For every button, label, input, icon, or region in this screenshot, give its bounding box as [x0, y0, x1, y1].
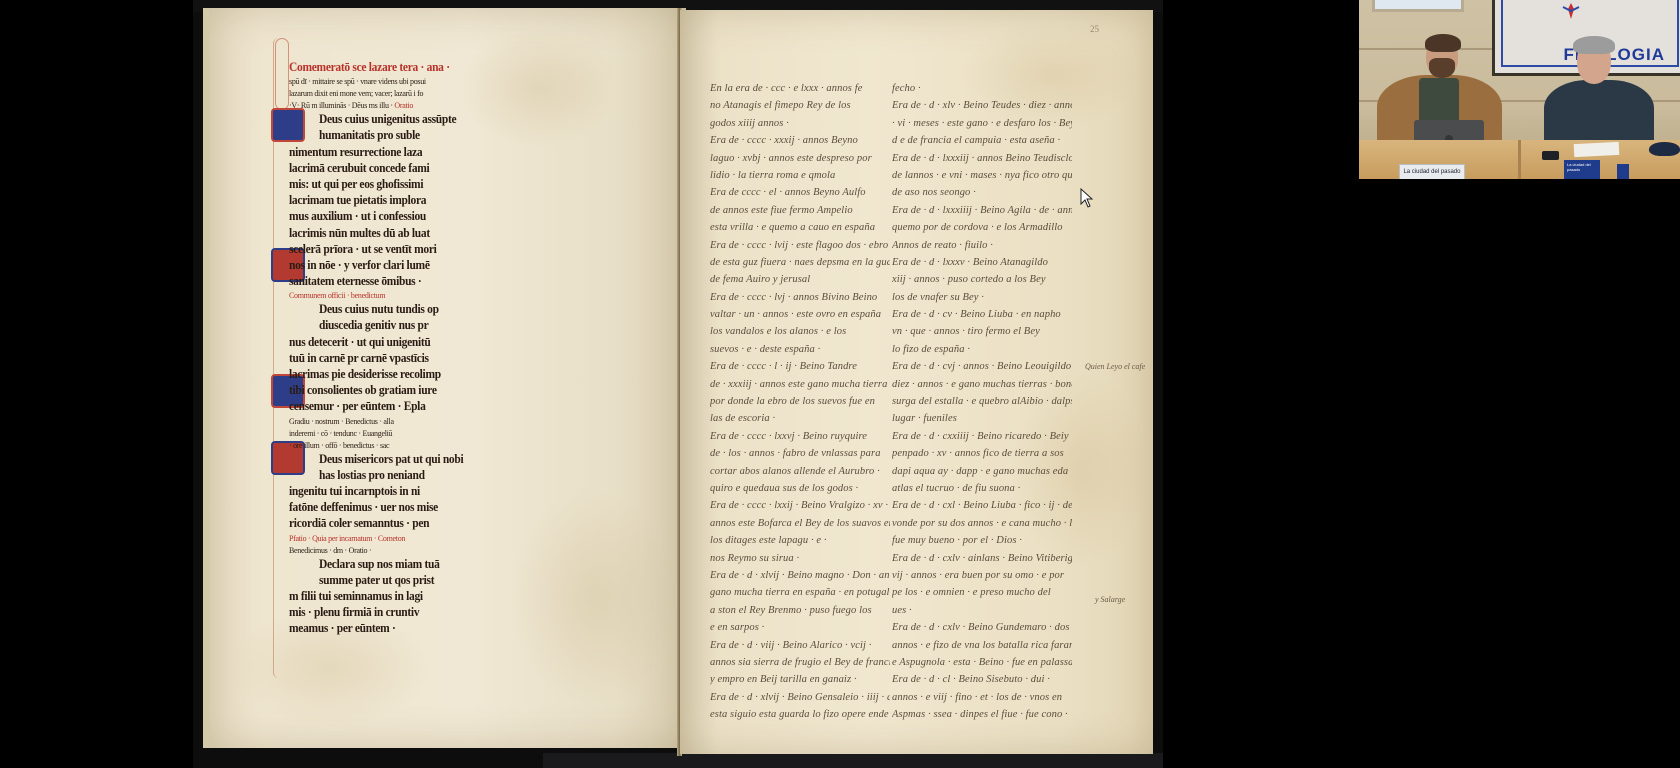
program-booklet: La ciudad del pasado — [1564, 160, 1600, 179]
text-line: Era de · d · xlv · Beino Teudes · diez ·… — [892, 97, 1072, 114]
text-line: lacrimam tue pietatis implora — [289, 193, 464, 210]
text-line: nimentum resurrectione laza — [289, 144, 464, 161]
text-line: Era de · d · lxxxiiij · Beino Agila · de… — [892, 202, 1072, 219]
text-line: Deus misericors pat ut qui nobi — [289, 451, 464, 468]
manuscript-viewer[interactable]: Comemeratō sce lazare tera · ana · spū d… — [193, 0, 1163, 768]
faculty-logo-icon — [1559, 1, 1583, 21]
text-line: surga del estalla · e quebro alAibio · d… — [892, 393, 1072, 410]
chronicle-column-a: En la era de · ccc · e lxxx · annos fe n… — [710, 80, 890, 723]
text-line: nus detecerit · ut qui unigenitū — [289, 334, 464, 351]
text-line: penpado · xv · annos fico de tierra a so… — [892, 445, 1072, 462]
text-line: valtar · un · annos · este ovro en españ… — [710, 306, 890, 323]
text-line: lo fizo de españa · — [892, 341, 1072, 358]
rubric-heading: Comemeratō sce lazare tera · ana · — [289, 62, 450, 75]
text-line: annos · e viij · fino · et · los de · vn… — [892, 689, 1072, 706]
text-line: Era de · cccc · lxxij · Beino Vralgizo ·… — [710, 497, 890, 514]
program-booklet — [1617, 164, 1629, 179]
text-line: En la era de · ccc · e lxxx · annos fe — [710, 80, 890, 97]
text-line: no Atanagis el fimepo Rey de los — [710, 97, 890, 114]
text-line: lacrimis nūn multes dū ab luat — [289, 225, 464, 242]
text-line: has lostias pro neniand — [289, 467, 464, 484]
text-line: de fema Auiro y jerusal — [710, 271, 890, 288]
text-line: Era de · cccc · lvij · este flagoo dos ·… — [710, 237, 890, 254]
text-line: godos xiiij annos · — [710, 115, 890, 132]
text-line: dapi aqua ay · dapp · e gano muchas eda — [892, 463, 1072, 480]
text-line: sanitatem eternesse ōmibus · — [289, 274, 464, 291]
text-line: Benedicimus · dm · Oratio · — [289, 544, 464, 557]
text-line: · ore illum · offō · benedictus · sac — [289, 439, 464, 452]
computer-mouse — [1649, 142, 1680, 156]
text-line: pe los · e omnien · e preso mucho del — [892, 584, 1072, 601]
text-line: fue muy bueno · por el · Dios · — [892, 532, 1072, 549]
text-line: quemo por de cordova · e los Armadillo — [892, 219, 1072, 236]
text-line: por donde la ebro de los suevos fue en — [710, 393, 890, 410]
rubric-heading: Pfatio · Quia per incarnatum · Cometon — [289, 533, 405, 542]
text-line: atlas el tucruo · de fiu suona · — [892, 480, 1072, 497]
text-line: lacrimas pie desiderisse recolimp — [289, 367, 464, 384]
text-line: esta siguio esta guarda lo fizo opere en… — [710, 706, 890, 723]
stain — [459, 28, 619, 148]
text-line: mis · plenu firmiā in cruntiv — [289, 605, 464, 622]
stain — [509, 488, 679, 708]
text-line: Annos de reato · fiuilo · — [892, 237, 1072, 254]
text-line: Era de · d · viij · Beino Alarico · vcij… — [710, 637, 890, 654]
text-line: Deus cuius unigenitus assūpte — [289, 112, 464, 129]
text-line: Era de · d · lxxxiij · annos Beino Teudi… — [892, 150, 1072, 167]
text-line: tuū in carnē pr carnē vpastīcis — [289, 350, 464, 367]
text-line: m filii tui seminnamus in lagi — [289, 588, 464, 605]
text-line: tibi consolientes ob gratiam iure — [289, 383, 464, 400]
text-line: Deus cuius nutu tundis op — [289, 302, 464, 319]
papers — [1574, 142, 1620, 157]
rubric-heading: Communem officii · benedictum — [289, 291, 385, 300]
desk-seam — [1518, 140, 1521, 179]
text-line: las de escoria · — [710, 410, 890, 427]
text-line: esta vrilla · e quemo a cauo en españa — [710, 219, 890, 236]
text-line: lazarum dixit eni mone vem; vacer; lazar… — [289, 88, 464, 101]
text-line: los vandalos e los alanos · e los — [710, 323, 890, 340]
text-line: e Aspugnola · esta · Beino · fue en pala… — [892, 654, 1072, 671]
screen: Comemeratō sce lazare tera · ana · spū d… — [0, 0, 1680, 768]
text-line: Era de · cccc · l · ij · Beino Tandre — [710, 358, 890, 375]
text-line: y empro en Beij tarilla en ganaiz · — [710, 671, 890, 688]
text-line: censemur · per eūntem · Epla — [289, 399, 464, 416]
text-line: ricordiā coler semanntus · pen — [289, 516, 464, 533]
text-line: ingenitu tui incarnptois in ni — [289, 484, 464, 501]
text-line: scelerā prīora · ut se ventīt mori — [289, 241, 464, 258]
chronicle-column-b: fecho · Era de · d · xlv · Beino Teudes … — [892, 80, 1072, 723]
text-line: Gradiu · nostrum · Benedictus · alla — [289, 415, 464, 428]
wall-monitor — [1372, 0, 1464, 12]
text-line: Era de · d · cxl · Beino Liuba · fico · … — [892, 497, 1072, 514]
text-line: annos este Bofarca el Bey de los suavos … — [710, 515, 890, 532]
text-line: los de vnafer su Bey · — [892, 289, 1072, 306]
text-line: · vi · meses · este gano · e desfaro los… — [892, 115, 1072, 132]
text-line: summe pater ut qos prist — [289, 572, 464, 589]
text-line: laguo · xvbj · annos este despreso por — [710, 150, 890, 167]
text-line: quiro e quedaua sus de los godos · — [710, 480, 890, 497]
text-line: diuscedia genitiv nus pr — [289, 318, 464, 335]
text-line: Era de · d · lxxxv · Beino Atanagildo — [892, 254, 1072, 271]
text-line: de · los · annos · fabro de vnlassas par… — [710, 445, 890, 462]
text-line: Era de · d · cv · Beino Liuba · en napho — [892, 306, 1072, 323]
rubric-word: Oratio — [394, 101, 413, 110]
text-line: vonde por su dos annos · e cana mucho · … — [892, 515, 1072, 532]
mouse-pointer-icon — [1080, 188, 1094, 208]
nameplate: La ciudad del pasado — [1399, 164, 1465, 179]
text-line: Era de · cccc · lvj · annos Bivino Beino — [710, 289, 890, 306]
text-line: de lannos · e vni · mases · nya fico otr… — [892, 167, 1072, 184]
text-line: lidio · la tierra roma e qmola — [710, 167, 890, 184]
text-line: Era de · d · cxlv · ainlans · Beino Viti… — [892, 550, 1072, 567]
text-line: gano mucha tierra en españa · en potugal — [710, 584, 890, 601]
phone — [1542, 151, 1559, 160]
text-line: ues · — [892, 602, 1072, 619]
text-line: lugar · fueniles — [892, 410, 1072, 427]
text-line: vij · annos · era buen por su omo · e po… — [892, 567, 1072, 584]
left-folio[interactable]: Comemeratō sce lazare tera · ana · spū d… — [203, 8, 686, 748]
text-line: de esta guz fiuera · naes depsma en la g… — [710, 254, 890, 271]
folio-number: 25 — [1090, 24, 1099, 34]
text-line: Era de · d · xlvij · Beino magno · Don ·… — [710, 567, 890, 584]
text-line: a ston el Rey Brenmo · puso fuego los — [710, 602, 890, 619]
marginal-note: y Salarge — [1095, 595, 1125, 604]
text-line: Era de cccc · el · annos Beyno Aulfo — [710, 184, 890, 201]
text-line: spū dī · mittaire se spū · vnare videns … — [289, 76, 464, 89]
text-line: Era de · cccc · xxxij · annos Beyno — [710, 132, 890, 149]
text-line: Aspmas · ssea · dinpes el fiue · fue con… — [892, 706, 1072, 723]
text-line: annos · e fizo de vna los batalla rica f… — [892, 637, 1072, 654]
text-line: diez · annos · e gano muchas tierras · b… — [892, 376, 1072, 393]
text-line: los ditages este lapagu · e · — [710, 532, 890, 549]
latin-text-column: Comemeratō sce lazare tera · ana · spū d… — [289, 60, 464, 637]
open-codex[interactable]: Comemeratō sce lazare tera · ana · spū d… — [203, 8, 1153, 756]
text-line: Era de · d · xlvij · Beino Gensaleio · i… — [710, 689, 890, 706]
marginal-note: Quien Leyo el cafe — [1085, 362, 1145, 371]
text-line: cortar abos alanos allende el Aurubro · — [710, 463, 890, 480]
booklet-title: La ciudad del pasado — [1567, 162, 1600, 172]
text-line: inderemi · cō · tendunc · Euangeliū — [289, 427, 464, 440]
text-line: Declara sup nos miam tuā — [289, 556, 464, 573]
text-line: Era de · d · cxlv · Beino Gundemaro · do… — [892, 619, 1072, 636]
text-line: vn · que · annos · tiro fermo el Bey — [892, 323, 1072, 340]
text-line: meamus · per eūntem · — [289, 621, 464, 638]
text-line: de aso nos seongo · — [892, 184, 1072, 201]
text-line: mis: ut qui per eos ghofissimi — [289, 177, 464, 194]
text-line: nos in nōe · y verfor clari lumē — [289, 257, 464, 274]
right-folio[interactable]: 25 En la era de · ccc · e lxxx · annos f… — [680, 10, 1153, 754]
text-line: Era de · cccc · lxxvj · Beino ruyquire — [710, 428, 890, 445]
text-line: de · xxxiij · annos este gano mucha tier… — [710, 376, 890, 393]
speaker-webcam-feed: FILOLOGIA La ciudad del pasado La ciudad… — [1359, 0, 1680, 179]
text-line: ·V· Rū m illuminās · Dēus ms illu · — [289, 101, 393, 110]
text-line: Era de · d · cvj · annos · Beino Leouigi… — [892, 358, 1072, 375]
text-line: mus auxilium · ut i confessiou — [289, 209, 464, 226]
text-line: humanitatis pro suble — [289, 128, 464, 145]
text-line: nos Reymo su sirua · — [710, 550, 890, 567]
text-line: annos sia sierra de frugio el Bey de fra… — [710, 654, 890, 671]
text-line: de annos este fiue fermo Ampelio — [710, 202, 890, 219]
text-line: d e de francia el campuia · esta aseña · — [892, 132, 1072, 149]
text-line: e en sarpos · — [710, 619, 890, 636]
text-line: fatōne deffenimus · uer nos mise — [289, 500, 464, 517]
text-line: xiij · annos · puso cortedo a los Bey — [892, 271, 1072, 288]
text-line: Era de · d · cl · Beino Sisebuto · dui · — [892, 671, 1072, 688]
text-line: fecho · — [892, 80, 1072, 97]
text-line: Era de · d · cxxiiij · Beino ricaredo · … — [892, 428, 1072, 445]
text-line: lacrimā cerubuit concede fami — [289, 160, 464, 177]
text-line: suevos · e · deste españa · — [710, 341, 890, 358]
